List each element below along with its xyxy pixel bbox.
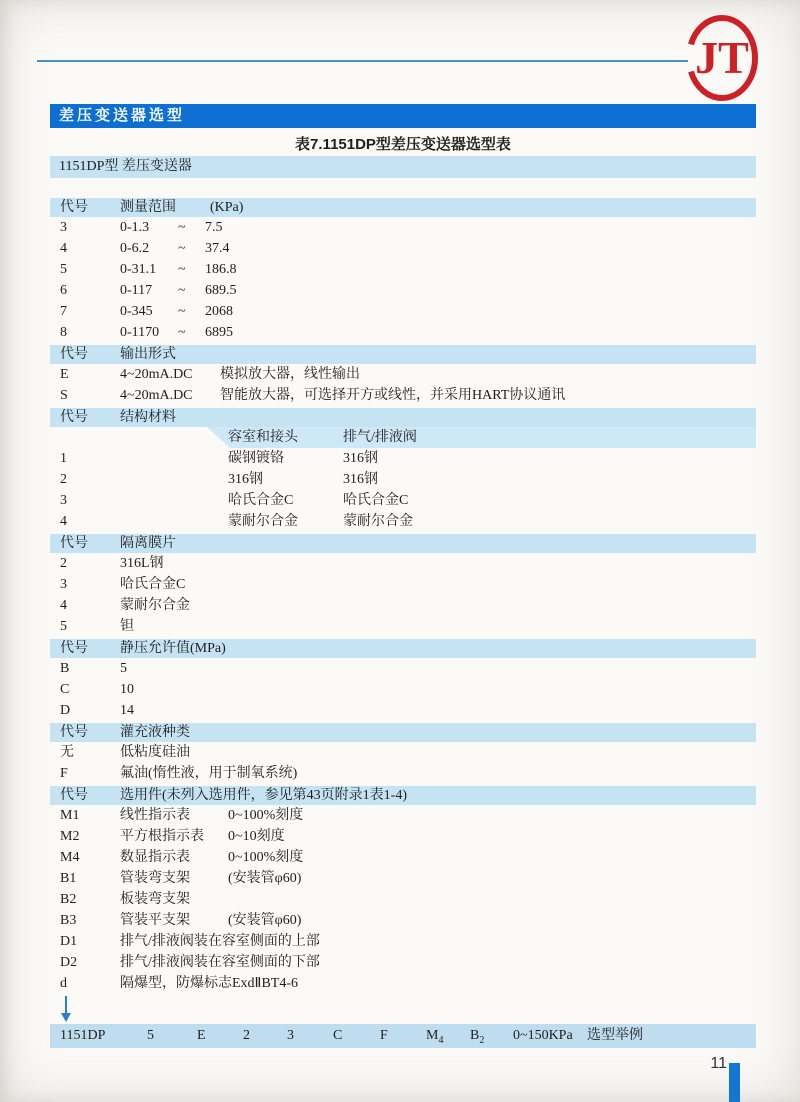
table-row: 3 哈氏合金C 哈氏合金C [50, 490, 756, 511]
cell-spec: 0~10刻度 [228, 826, 285, 847]
cell-code: D [50, 700, 120, 721]
cell-name: 排气/排液阀装在容室侧面的下部 [120, 952, 320, 973]
table-row: 6 0-117 ~ 689.5 [50, 280, 756, 301]
cell-code: F [50, 763, 120, 784]
cell-code: B [50, 658, 120, 679]
example-cell: 1151DP [60, 1024, 105, 1048]
code-header: 代号 [50, 786, 120, 805]
cell-min: 0-117 [120, 280, 178, 301]
table-row: 7 0-345 ~ 2068 [50, 301, 756, 322]
header-rule-line [37, 60, 688, 62]
example-cell: 0~150KPa [513, 1024, 573, 1048]
example-cell: C [333, 1024, 342, 1048]
cell-code: 3 [50, 574, 120, 595]
cell-code: 3 [50, 217, 120, 238]
example-cell-subscript: 4 [438, 1035, 443, 1046]
code-header: 代号 [50, 408, 120, 427]
table-row: 5 0-31.1 ~ 186.8 [50, 259, 756, 280]
cell-value: 316L钢 [120, 553, 164, 574]
cell-max: 689.5 [205, 280, 237, 301]
page-number: 11 [703, 1055, 727, 1073]
cell-name: 线性指示表 [120, 805, 228, 826]
cell-chamber: 哈氏合金C [228, 490, 343, 511]
table-row: B3 管装平支架 (安装管φ60) [50, 910, 756, 931]
cell-valve: 316钢 [343, 448, 378, 469]
cell-name: 排气/排液阀装在容室侧面的上部 [120, 931, 320, 952]
section-title-bar: 差压变送器选型 [50, 104, 756, 128]
example-cell: E [197, 1024, 206, 1048]
table-row: D 14 [50, 700, 756, 721]
cell-valve: 蒙耐尔合金 [343, 511, 413, 532]
cell-value: 14 [120, 700, 134, 721]
cell-min: 0-31.1 [120, 259, 178, 280]
cell-code: B1 [50, 868, 120, 889]
pressure-section-header: 代号 静压允许值(MPa) [50, 639, 756, 658]
cell-value: 低粘度硅油 [120, 742, 190, 763]
cell-desc: 智能放大器，可选择开方或线性，并采用HART协议通讯 [220, 385, 565, 406]
cell-code: S [50, 385, 120, 406]
table-row: D2 排气/排液阀装在容室侧面的下部 [50, 952, 756, 973]
diaphragm-section-header: 代号 隔离膜片 [50, 534, 756, 553]
table-row: 1 碳钢镀铬 316钢 [50, 448, 756, 469]
cell-code: M4 [50, 847, 120, 868]
code-header: 代号 [50, 723, 120, 742]
table-title: 表7.1151DP型差压变送器选型表 [50, 134, 756, 156]
table-row: B2 板装弯支架 [50, 889, 756, 910]
material-section-header: 代号 结构材料 [50, 408, 756, 427]
fill-section-header: 代号 灌充液种类 [50, 723, 756, 742]
example-cell: F [380, 1024, 388, 1048]
table-row: d 隔爆型，防爆标志ExdⅡBT4-6 [50, 973, 756, 994]
table-row: 4 0-6.2 ~ 37.4 [50, 238, 756, 259]
cell-code: 4 [50, 511, 228, 532]
table-row: 3 哈氏合金C [50, 574, 756, 595]
cell-desc: 模拟放大器，线性输出 [220, 364, 360, 385]
cell-signal: 4~20mA.DC [120, 385, 220, 406]
cell-code: 4 [50, 595, 120, 616]
table-row: M2 平方根指示表 0~10刻度 [50, 826, 756, 847]
cell-code: M2 [50, 826, 120, 847]
cell-valve: 316钢 [343, 469, 378, 490]
cell-code: B3 [50, 910, 120, 931]
material-header-label: 结构材料 [120, 408, 176, 427]
cell-tilde: ~ [178, 322, 205, 343]
table-row: B1 管装弯支架 (安装管φ60) [50, 868, 756, 889]
diaphragm-header-label: 隔离膜片 [120, 534, 176, 553]
table-row: 5 钽 [50, 616, 756, 637]
cell-min: 0-6.2 [120, 238, 178, 259]
table-row: 4 蒙耐尔合金 蒙耐尔合金 [50, 511, 756, 532]
table-row: 8 0-1170 ~ 6895 [50, 322, 756, 343]
cell-max: 186.8 [205, 259, 237, 280]
code-header: 代号 [50, 639, 120, 658]
cell-spec: (安装管φ60) [228, 910, 301, 931]
range-header-label: 测量范围 [120, 198, 210, 217]
table-row: F 氟油(惰性液，用于制氧系统) [50, 763, 756, 784]
cell-min: 0-1170 [120, 322, 178, 343]
cell-name: 板装弯支架 [120, 889, 228, 910]
cell-chamber: 碳钢镀铬 [228, 448, 343, 469]
example-cell: B2 [470, 1024, 484, 1053]
table-row: 4 蒙耐尔合金 [50, 595, 756, 616]
table-row: 2 316L钢 [50, 553, 756, 574]
cell-min: 0-345 [120, 301, 178, 322]
cell-code: 5 [50, 616, 120, 637]
cell-chamber: 316钢 [228, 469, 343, 490]
fill-header-label: 灌充液种类 [120, 723, 190, 742]
example-cell: 2 [243, 1024, 250, 1048]
cell-value: 蒙耐尔合金 [120, 595, 190, 616]
subcol-valve-header: 排气/排液阀 [343, 427, 417, 448]
options-header-label: 选用件(未列入选用件，参见第43页附录1表1-4) [120, 786, 407, 805]
material-subheader-bar: 容室和接头 排气/排液阀 [207, 427, 756, 448]
output-header-label: 输出形式 [120, 345, 176, 364]
cell-spec: 0~100%刻度 [228, 805, 303, 826]
cell-tilde: ~ [178, 301, 205, 322]
cell-value: 5 [120, 658, 127, 679]
example-cell: 3 [287, 1024, 294, 1048]
output-section-header: 代号 输出形式 [50, 345, 756, 364]
cell-code: 2 [50, 553, 120, 574]
cell-code: D2 [50, 952, 120, 973]
table-row: E 4~20mA.DC 模拟放大器，线性输出 [50, 364, 756, 385]
jt-logo: JT [681, 11, 761, 103]
table-row: C 10 [50, 679, 756, 700]
cell-tilde: ~ [178, 259, 205, 280]
cell-code: d [50, 973, 120, 994]
table-row: S 4~20mA.DC 智能放大器，可选择开方或线性，并采用HART协议通讯 [50, 385, 756, 406]
cell-value: 哈氏合金C [120, 574, 185, 595]
table-row: 3 0-1.3 ~ 7.5 [50, 217, 756, 238]
table-row: 无 低粘度硅油 [50, 742, 756, 763]
cell-value: 10 [120, 679, 134, 700]
cell-chamber: 蒙耐尔合金 [228, 511, 343, 532]
cell-code: 3 [50, 490, 228, 511]
cell-code: 8 [50, 322, 120, 343]
cell-code: 4 [50, 238, 120, 259]
cell-name: 平方根指示表 [120, 826, 228, 847]
cell-code: 7 [50, 301, 120, 322]
code-header: 代号 [50, 534, 120, 553]
options-section-header: 代号 选用件(未列入选用件，参见第43页附录1表1-4) [50, 786, 756, 805]
cell-code: E [50, 364, 120, 385]
cell-tilde: ~ [178, 280, 205, 301]
cell-min: 0-1.3 [120, 217, 178, 238]
cell-name: 隔爆型，防爆标志ExdⅡBT4-6 [120, 973, 298, 994]
cell-code: D1 [50, 931, 120, 952]
table-row: B 5 [50, 658, 756, 679]
cell-value: 氟油(惰性液，用于制氧系统) [120, 763, 297, 784]
cell-tilde: ~ [178, 217, 205, 238]
down-arrow-icon [59, 996, 73, 1022]
example-label: 选型举例 [587, 1024, 643, 1048]
table-content: 差压变送器选型 表7.1151DP型差压变送器选型表 1151DP型 差压变送器… [50, 104, 756, 1048]
table-row: D1 排气/排液阀装在容室侧面的上部 [50, 931, 756, 952]
code-header: 代号 [50, 198, 120, 217]
cell-max: 7.5 [205, 217, 223, 238]
cell-code: 6 [50, 280, 120, 301]
cell-signal: 4~20mA.DC [120, 364, 220, 385]
code-header: 代号 [50, 345, 120, 364]
cell-code: M1 [50, 805, 120, 826]
cell-spec: 0~100%刻度 [228, 847, 303, 868]
example-cell: M4 [426, 1024, 443, 1053]
cell-code: 1 [50, 448, 228, 469]
range-header-unit: (KPa) [210, 198, 243, 217]
cell-value: 钽 [120, 616, 134, 637]
cell-name: 数显指示表 [120, 847, 228, 868]
cell-code: B2 [50, 889, 120, 910]
cell-code: C [50, 679, 120, 700]
cell-max: 37.4 [205, 238, 230, 259]
cell-spec: (安装管φ60) [228, 868, 301, 889]
cell-valve: 哈氏合金C [343, 490, 408, 511]
cell-name: 管装弯支架 [120, 868, 228, 889]
cell-code: 无 [50, 742, 120, 763]
example-pointer [50, 994, 756, 1024]
example-cell: 5 [147, 1024, 154, 1048]
table-row: M1 线性指示表 0~100%刻度 [50, 805, 756, 826]
range-section-header: 代号 测量范围 (KPa) [50, 198, 756, 217]
subcol-chamber-header: 容室和接头 [228, 427, 298, 448]
pressure-header-label: 静压允许值(MPa) [120, 639, 226, 658]
cell-max: 6895 [205, 322, 233, 343]
cell-code: 2 [50, 469, 228, 490]
scanned-catalog-page: JT 差压变送器选型 表7.1151DP型差压变送器选型表 1151DP型 差压… [0, 0, 800, 1102]
example-row-bar: 1151DP 5 E 2 3 C F M4 B2 0~150KPa 选型举例 [50, 1024, 756, 1048]
model-subtitle-bar: 1151DP型 差压变送器 [50, 156, 756, 178]
example-cell-subscript: 2 [479, 1035, 484, 1046]
page-edge-bar [729, 1063, 740, 1102]
cell-max: 2068 [205, 301, 233, 322]
table-row: 2 316钢 316钢 [50, 469, 756, 490]
cell-tilde: ~ [178, 238, 205, 259]
cell-code: 5 [50, 259, 120, 280]
table-row: M4 数显指示表 0~100%刻度 [50, 847, 756, 868]
logo-text: JT [695, 32, 749, 83]
cell-name: 管装平支架 [120, 910, 228, 931]
